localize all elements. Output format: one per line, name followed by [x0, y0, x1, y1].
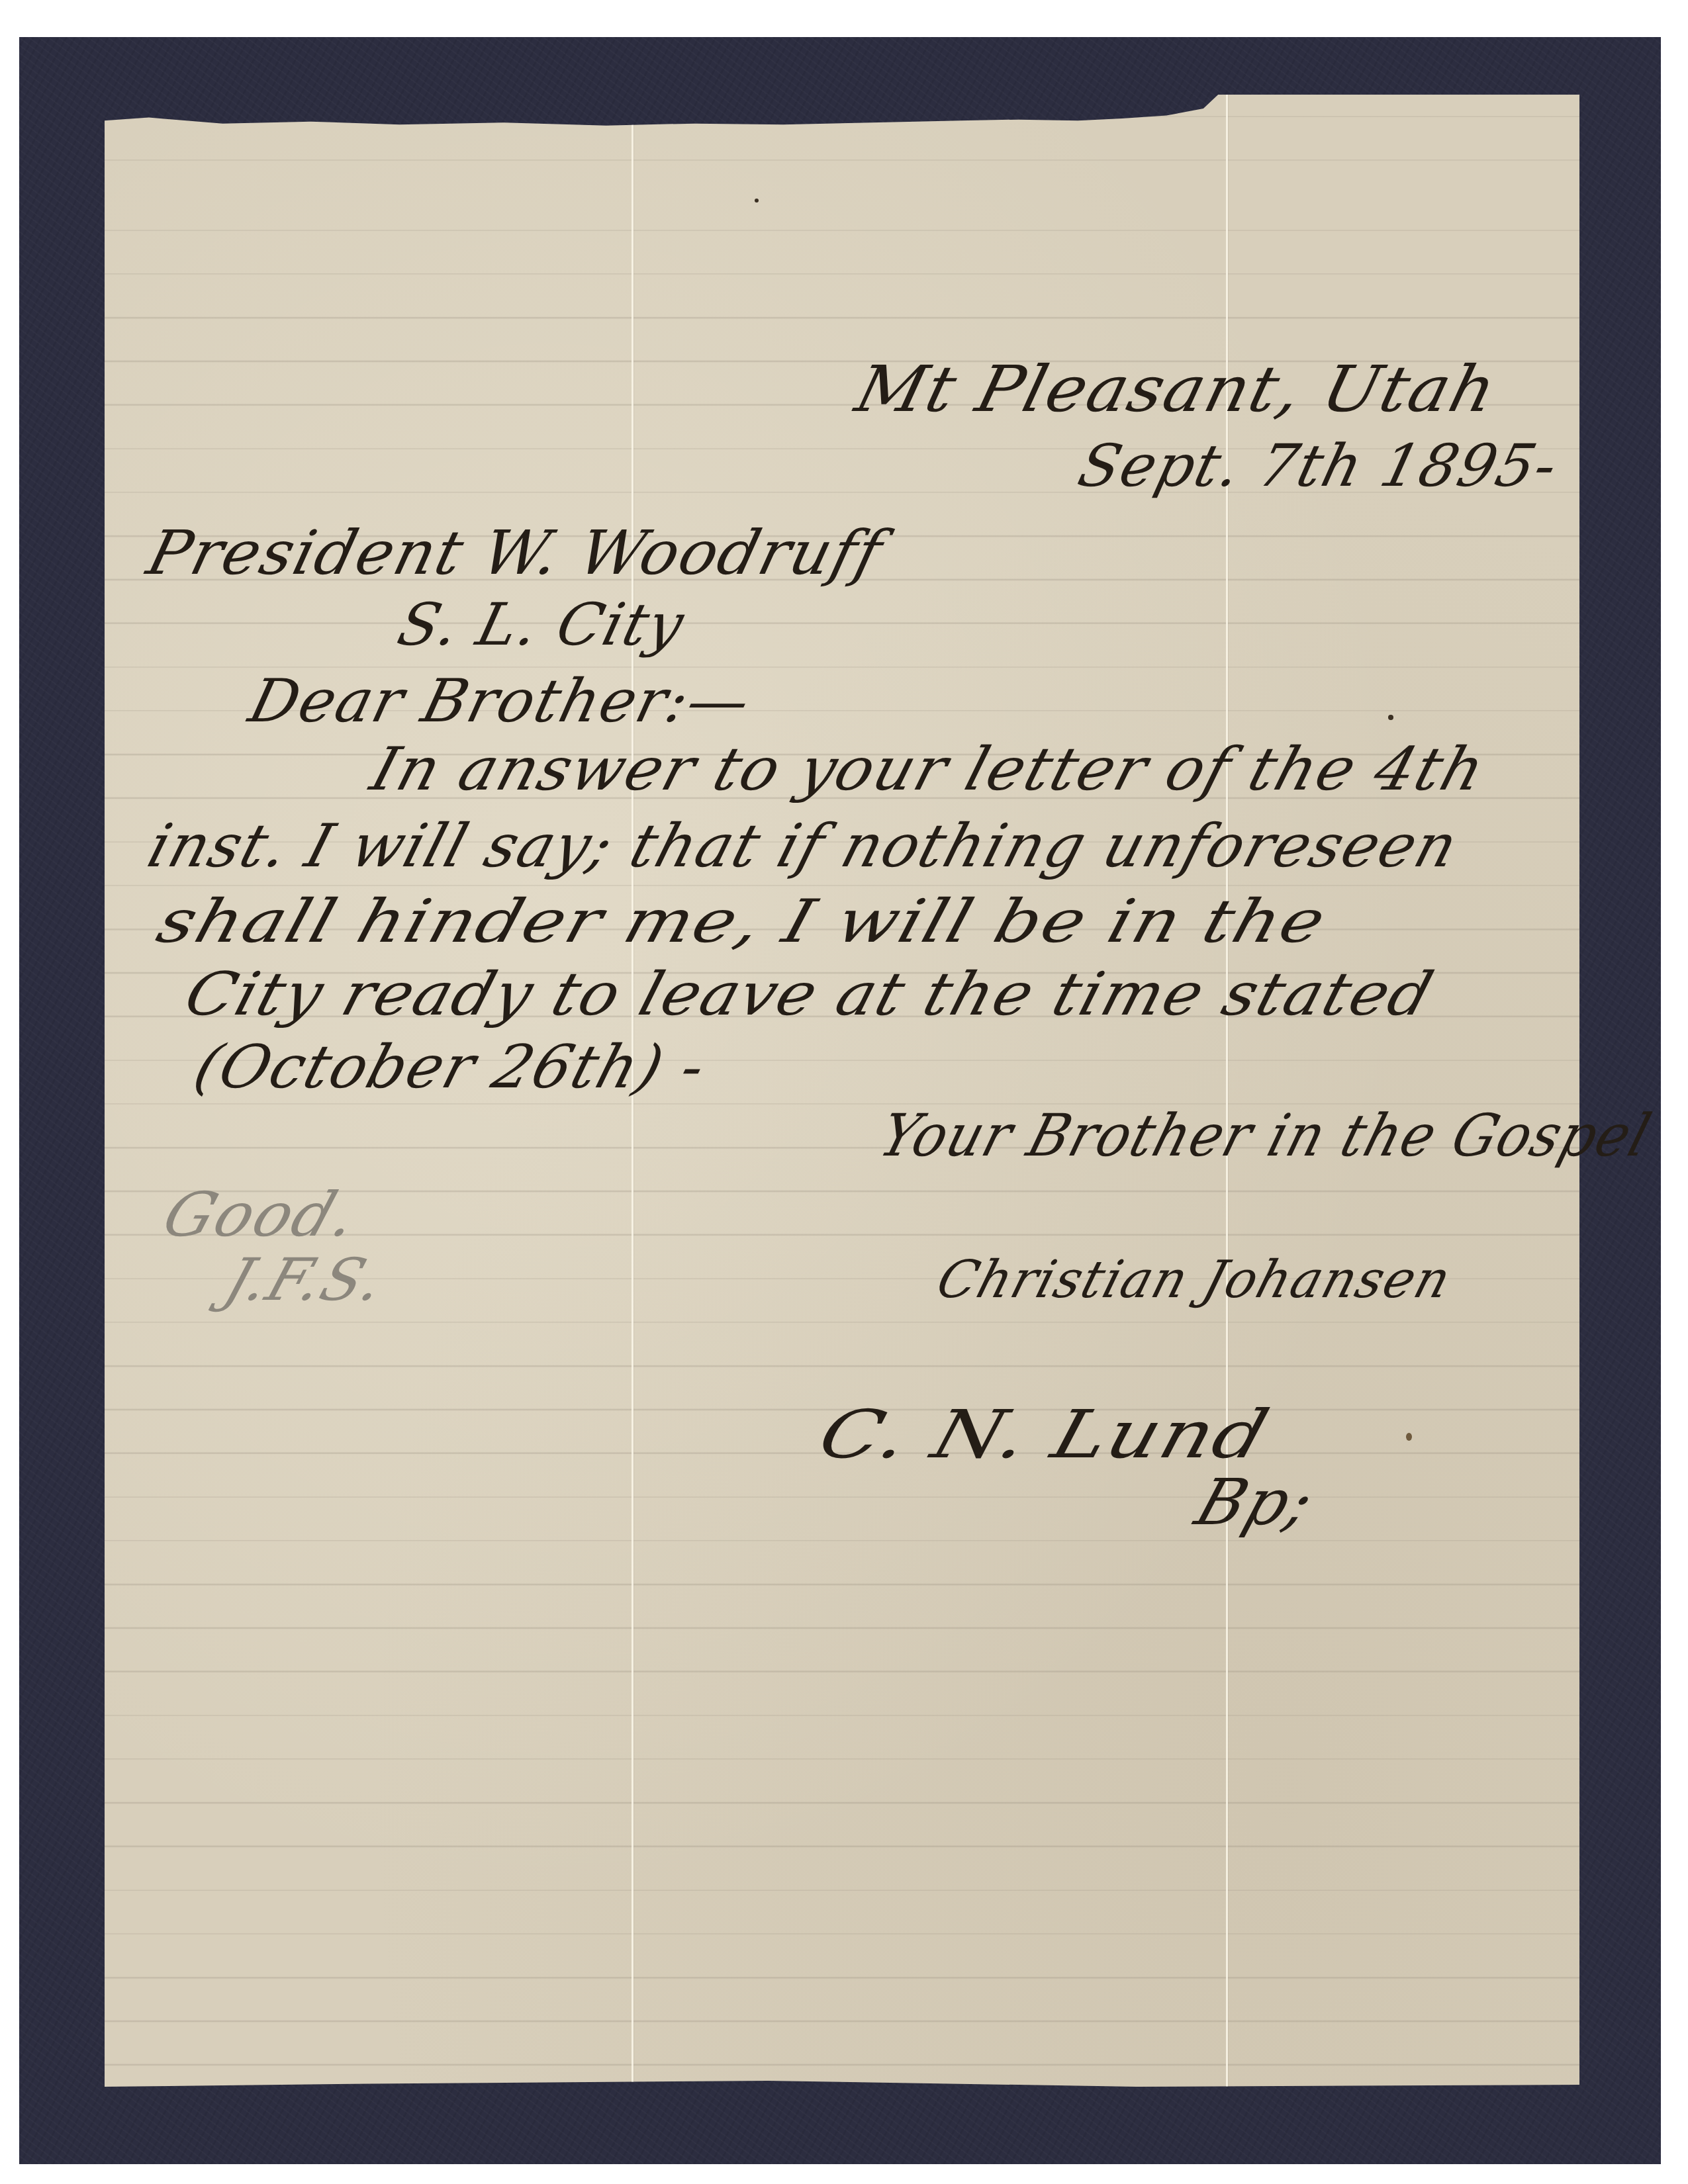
pencil-annotation-good: Good. [156, 1185, 366, 1246]
ink-spot [755, 199, 759, 203]
ink-spot [1406, 1433, 1412, 1441]
ink-spot [1388, 715, 1393, 720]
body-line-2: inst. I will say; that if nothing unfore… [142, 817, 1465, 876]
heading-date: Sept. 7th 1895- [1073, 437, 1564, 495]
body-line-4: City ready to leave at the time stated [179, 965, 1440, 1024]
body-line-5: (October 26th) - [188, 1038, 713, 1097]
signature-title: Bp; [1189, 1471, 1323, 1534]
closing-line: Your Brother in the Gospel [874, 1107, 1658, 1165]
heading-place: Mt Pleasant, Utah [850, 357, 1503, 421]
salutation: Dear Brother:— [244, 672, 757, 731]
body-line-1: In answer to your letter of the 4th [365, 740, 1492, 799]
signature: C. N. Lund [812, 1402, 1276, 1468]
recipient-city: S. L. City [393, 596, 690, 654]
recipient-name: President W. Woodruff [142, 523, 889, 584]
pencil-annotation-initials: J.F.S. [218, 1251, 393, 1309]
body-line-3: shall hinder me, I will be in the [151, 892, 1333, 952]
missionary-name: Christian Johansen [931, 1254, 1457, 1306]
